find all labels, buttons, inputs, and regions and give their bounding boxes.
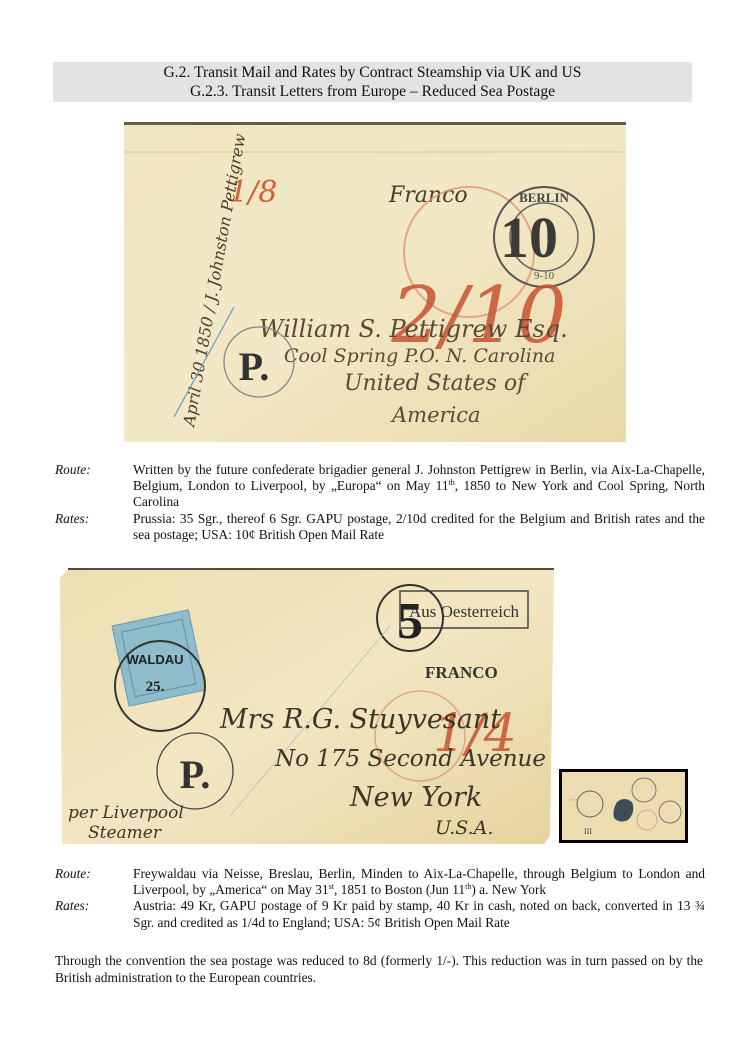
- svg-text:III: III: [584, 827, 592, 836]
- route-text: Freywaldau via Neisse, Breslau, Berlin, …: [133, 866, 705, 898]
- rates-label: Rates:: [55, 898, 133, 930]
- rates-label: Rates:: [55, 511, 133, 543]
- p-marking: P.: [239, 344, 270, 389]
- cover-2-illustration: WALDAU 25. Aus Oesterreich 5 FRANCO 1/4 …: [60, 566, 554, 846]
- svg-text:~~: ~~: [570, 798, 577, 804]
- cover-2-back-illustration: III ~~: [562, 772, 685, 840]
- address-line-1: Mrs R.G. Stuyvesant: [219, 704, 501, 735]
- steamer-notation: Steamer: [88, 823, 162, 843]
- address-line-1: William S. Pettigrew Esq.: [259, 315, 568, 343]
- stamp-cancel: WALDAU: [126, 652, 183, 667]
- address-line-2: No 175 Second Avenue: [274, 746, 546, 772]
- cover-1-illustration: 1/8 Franco BERLIN 9-10 10 2/10 William S…: [124, 122, 626, 442]
- rate-marking-black: 10: [500, 205, 558, 270]
- berlin-postmark: BERLIN: [519, 190, 569, 205]
- rates-text: Austria: 49 Kr, GAPU postage of 9 Kr pai…: [133, 898, 705, 930]
- stamp-cancel-date: 25.: [146, 679, 165, 695]
- address-line-3: United States of: [344, 371, 529, 396]
- cover-2-description: Route: Freywaldau via Neisse, Breslau, B…: [55, 866, 705, 931]
- address-line-4: America: [390, 403, 481, 427]
- cover-2-image: WALDAU 25. Aus Oesterreich 5 FRANCO 1/4 …: [60, 566, 554, 846]
- rates-text: Prussia: 35 Sgr., thereof 6 Sgr. GAPU po…: [133, 511, 705, 543]
- closing-note: Through the convention the sea postage w…: [55, 952, 703, 986]
- franco-marking: Franco: [388, 183, 468, 208]
- route-text: Written by the future confederate brigad…: [133, 462, 705, 511]
- p-marking: P.: [180, 752, 211, 797]
- rate-marking-black: 5: [397, 593, 423, 650]
- cover-2-back-thumbnail: III ~~: [559, 769, 688, 843]
- section-header: G.2. Transit Mail and Rates by Contract …: [53, 62, 692, 102]
- address-line-4: U.S.A.: [435, 817, 493, 839]
- per-liverpool-notation: per Liverpool: [68, 803, 184, 823]
- section-title: G.2. Transit Mail and Rates by Contract …: [53, 63, 692, 82]
- cover-1-image: 1/8 Franco BERLIN 9-10 10 2/10 William S…: [124, 122, 626, 442]
- address-line-3: New York: [349, 782, 482, 813]
- cover-1-description: Route: Written by the future confederate…: [55, 462, 705, 543]
- address-line-2: Cool Spring P.O. N. Carolina: [284, 345, 555, 367]
- subsection-title: G.2.3. Transit Letters from Europe – Red…: [53, 82, 692, 101]
- route-label: Route:: [55, 866, 133, 898]
- aus-oesterreich-marking: Aus Oesterreich: [409, 602, 519, 621]
- franco-marking: FRANCO: [425, 663, 498, 682]
- route-label: Route:: [55, 462, 133, 511]
